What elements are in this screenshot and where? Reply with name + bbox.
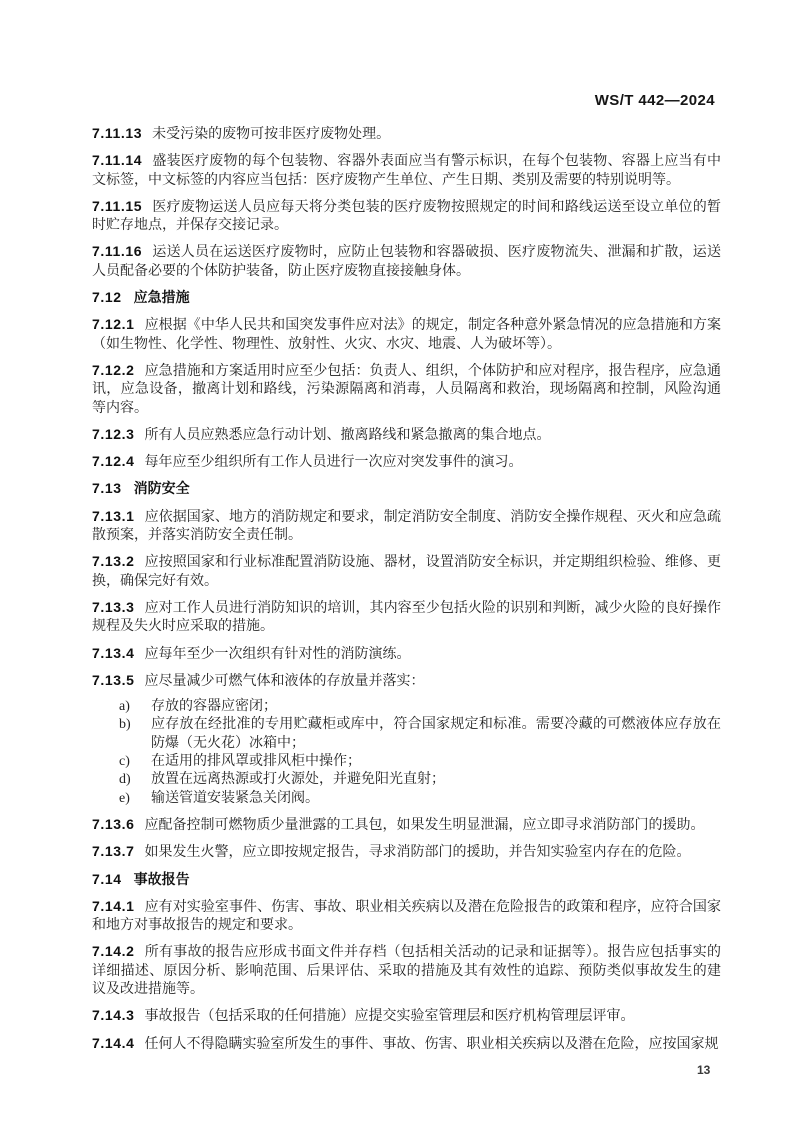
section-heading: 7.13消防安全	[92, 479, 721, 499]
list-item-marker: b)	[119, 716, 151, 734]
clause-sublist: a)存放的容器应密闭；b)应存放在经批准的专用贮藏柜或库中，符合国家规定和标准。…	[92, 698, 721, 808]
clause-number: 7.14.2	[92, 943, 135, 959]
clause-text: 所有人员应熟悉应急行动计划、撤离路线和紧急撤离的集合地点。	[145, 428, 551, 443]
list-item: b)应存放在经批准的专用贮藏柜或库中，符合国家规定和标准。需要冷藏的可燃液体应存…	[92, 716, 721, 753]
clause-paragraph: 7.13.3应对工作人员进行消防知识的培训，其内容至少包括火险的识别和判断，减少…	[92, 598, 721, 637]
clause-paragraph: 7.13.2应按照国家和行业标准配置消防设施、器材，设置消防安全标识，并定期组织…	[92, 552, 721, 591]
clause-number: 7.11.16	[92, 243, 142, 259]
clause-text: 应急措施	[134, 291, 190, 306]
page-number: 13	[697, 1063, 710, 1077]
clause-paragraph: 7.13.4应每年至少一次组织有针对性的消防演练。	[92, 644, 721, 664]
clause-text: 应配备控制可燃物质少量泄露的工具包，如果发生明显泄漏，应立即寻求消防部门的援助。	[145, 818, 705, 833]
clause-paragraph: 7.12.4每年应至少组织所有工作人员进行一次应对突发事件的演习。	[92, 452, 721, 472]
list-item: e)输送管道安装紧急关闭阀。	[92, 790, 721, 808]
clause-number: 7.13.5	[92, 672, 135, 688]
clause-number: 7.11.15	[92, 198, 142, 214]
clause-text: 所有事故的报告应形成书面文件并存档（包括相关活动的记录和证据等）。报告应包括事实…	[92, 945, 721, 997]
clause-number: 7.13.4	[92, 645, 135, 661]
clause-number: 7.13	[92, 480, 122, 496]
list-item-marker: a)	[119, 698, 151, 716]
clause-text: 运送人员在运送医疗废物时，应防止包装物和容器破损、医疗废物流失、泄漏和扩散，运送…	[92, 245, 721, 278]
clause-paragraph: 7.12.3所有人员应熟悉应急行动计划、撤离路线和紧急撤离的集合地点。	[92, 425, 721, 445]
clause-text: 应急措施和方案适用时应至少包括：负责人、组织，个体防护和应对程序，报告程序，应急…	[92, 364, 721, 416]
clause-number: 7.11.13	[92, 125, 142, 141]
clause-text: 事故报告	[134, 873, 190, 888]
clause-number: 7.14.3	[92, 1007, 135, 1023]
clause-number: 7.12.3	[92, 426, 135, 442]
clause-text: 任何人不得隐瞒实验室所发生的事件、事故、伤害、职业相关疾病以及潜在危险，应按国家…	[145, 1037, 719, 1052]
clause-paragraph: 7.11.15医疗废物运送人员应每天将分类包装的医疗废物按照规定的时间和路线运送…	[92, 197, 721, 236]
clause-number: 7.12.1	[92, 316, 135, 332]
clause-text: 消防安全	[134, 482, 190, 497]
clause-paragraph: 7.14.2所有事故的报告应形成书面文件并存档（包括相关活动的记录和证据等）。报…	[92, 942, 721, 999]
clause-paragraph: 7.11.16运送人员在运送医疗废物时，应防止包装物和容器破损、医疗废物流失、泄…	[92, 242, 721, 281]
clause-text: 应有对实验室事件、伤害、事故、职业相关疾病以及潜在危险报告的政策和程序，应符合国…	[92, 900, 721, 933]
clause-number: 7.14	[92, 871, 122, 887]
clause-number: 7.12.2	[92, 362, 135, 378]
clause-text: 每年应至少组织所有工作人员进行一次应对突发事件的演习。	[145, 455, 523, 470]
clause-paragraph: 7.14.4任何人不得隐瞒实验室所发生的事件、事故、伤害、职业相关疾病以及潜在危…	[92, 1034, 721, 1054]
clauses-container: 7.11.13未受污染的废物可按非医疗废物处理。7.11.14盛装医疗废物的每个…	[92, 124, 721, 1061]
clause-paragraph: 7.12.2应急措施和方案适用时应至少包括：负责人、组织，个体防护和应对程序，报…	[92, 361, 721, 418]
list-item-text: 应存放在经批准的专用贮藏柜或库中，符合国家规定和标准。需要冷藏的可燃液体应存放在…	[151, 716, 721, 753]
clause-paragraph: 7.13.7如果发生火警，应立即按规定报告，寻求消防部门的援助，并告知实验室内存…	[92, 842, 721, 862]
clause-number: 7.14.1	[92, 898, 135, 914]
clause-paragraph: 7.13.6应配备控制可燃物质少量泄露的工具包，如果发生明显泄漏，应立即寻求消防…	[92, 815, 721, 835]
clause-paragraph: 7.14.1应有对实验室事件、伤害、事故、职业相关疾病以及潜在危险报告的政策和程…	[92, 897, 721, 936]
clause-text: 应每年至少一次组织有针对性的消防演练。	[145, 647, 411, 662]
clause-number: 7.13.2	[92, 553, 135, 569]
clause-text: 应按照国家和行业标准配置消防设施、器材，设置消防安全标识，并定期组织检验、维修、…	[92, 555, 721, 588]
list-item-marker: c)	[119, 753, 151, 771]
clause-text: 医疗废物运送人员应每天将分类包装的医疗废物按照规定的时间和路线运送至设立单位的暂…	[92, 200, 721, 233]
section-heading: 7.14事故报告	[92, 870, 721, 890]
list-item-text: 存放的容器应密闭；	[151, 698, 721, 716]
clause-paragraph: 7.14.3事故报告（包括采取的任何措施）应提交实验室管理层和医疗机构管理层评审…	[92, 1006, 721, 1026]
clause-text: 应对工作人员进行消防知识的培训，其内容至少包括火险的识别和判断，减少火险的良好操…	[92, 601, 721, 634]
clause-text: 应依据国家、地方的消防规定和要求，制定消防安全制度、消防安全操作规程、灭火和应急…	[92, 510, 721, 543]
clause-text: 盛装医疗废物的每个包装物、容器外表面应当有警示标识，在每个包装物、容器上应当有中…	[92, 154, 721, 187]
clause-text: 应尽量减少可燃气体和液体的存放量并落实：	[145, 674, 425, 689]
clause-paragraph: 7.13.5应尽量减少可燃气体和液体的存放量并落实：	[92, 671, 721, 691]
clause-text: 如果发生火警，应立即按规定报告，寻求消防部门的援助，并告知实验室内存在的危险。	[145, 845, 691, 860]
list-item: d)放置在远离热源或打火源处，并避免阳光直射；	[92, 771, 721, 789]
list-item: c)在适用的排风罩或排风柜中操作；	[92, 753, 721, 771]
clause-paragraph: 7.13.1应依据国家、地方的消防规定和要求，制定消防安全制度、消防安全操作规程…	[92, 507, 721, 546]
clause-number: 7.13.1	[92, 508, 135, 524]
clause-paragraph: 7.11.13未受污染的废物可按非医疗废物处理。	[92, 124, 721, 144]
clause-number: 7.13.7	[92, 843, 135, 859]
list-item-text: 在适用的排风罩或排风柜中操作；	[151, 753, 721, 771]
clause-text: 事故报告（包括采取的任何措施）应提交实验室管理层和医疗机构管理层评审。	[145, 1009, 635, 1024]
clause-number: 7.13.3	[92, 599, 135, 615]
section-heading: 7.12应急措施	[92, 288, 721, 308]
clause-text: 未受污染的废物可按非医疗废物处理。	[152, 127, 390, 142]
standard-code-header: WS/T 442—2024	[595, 92, 715, 109]
clause-text: 应根据《中华人民共和国突发事件应对法》的规定，制定各种意外紧急情况的应急措施和方…	[92, 318, 721, 351]
clause-paragraph: 7.11.14盛装医疗废物的每个包装物、容器外表面应当有警示标识，在每个包装物、…	[92, 151, 721, 190]
clause-number: 7.11.14	[92, 152, 142, 168]
list-item-text: 放置在远离热源或打火源处，并避免阳光直射；	[151, 771, 721, 789]
list-item-marker: e)	[119, 790, 151, 808]
clause-number: 7.13.6	[92, 816, 135, 832]
clause-number: 7.12	[92, 289, 122, 305]
clause-number: 7.12.4	[92, 453, 135, 469]
list-item-marker: d)	[119, 771, 151, 789]
clause-number: 7.14.4	[92, 1035, 135, 1051]
list-item: a)存放的容器应密闭；	[92, 698, 721, 716]
list-item-text: 输送管道安装紧急关闭阀。	[151, 790, 721, 808]
clause-paragraph: 7.12.1应根据《中华人民共和国突发事件应对法》的规定，制定各种意外紧急情况的…	[92, 315, 721, 354]
